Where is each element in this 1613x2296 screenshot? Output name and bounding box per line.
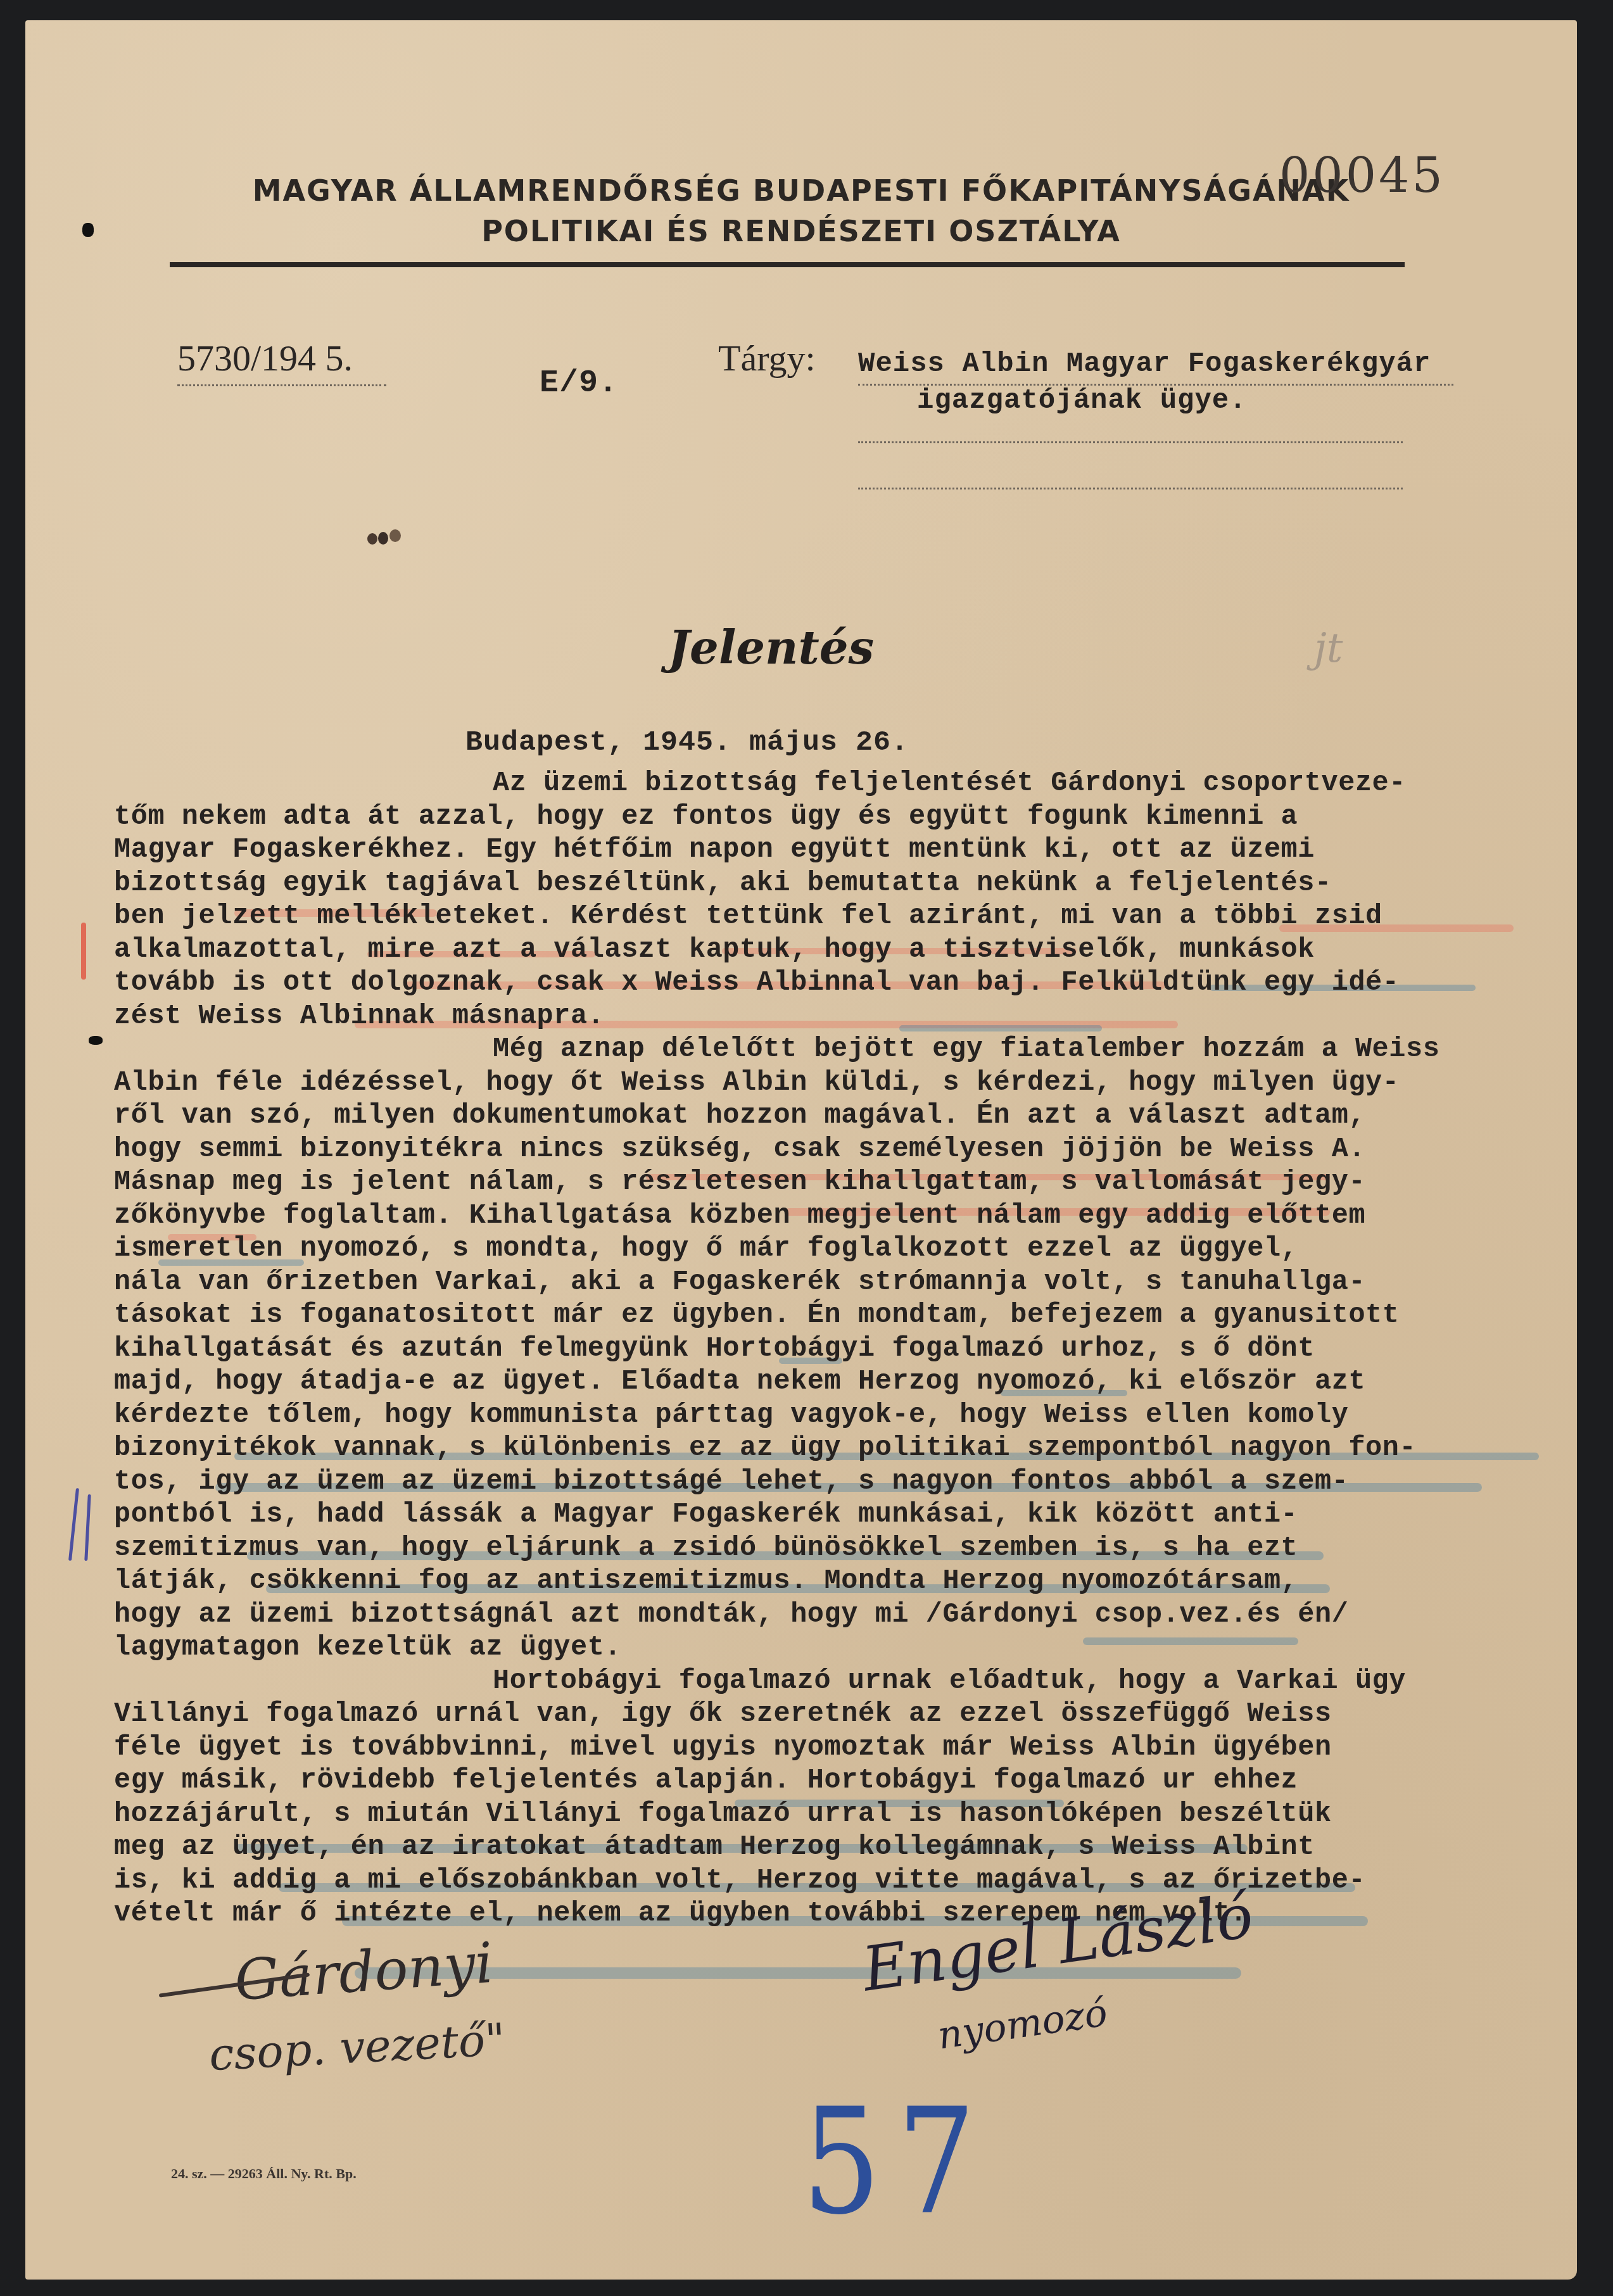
body-line: Magyar Fogaskerékhez. Egy hétfőim napon … — [114, 834, 1583, 867]
body-line: tásokat is foganatositott már ez ügyben.… — [114, 1299, 1583, 1333]
subject-dotted-line-3 — [858, 488, 1403, 489]
handwritten-number: 57 — [802, 2078, 992, 2247]
body-line: ben jelzett mellékleteket. Kérdést tettü… — [114, 900, 1583, 934]
body-line: Még aznap délelőtt bejött egy fiatalembe… — [114, 1033, 1583, 1067]
body-line: alkalmazottal, mire azt a választ kaptuk… — [114, 934, 1583, 968]
body-line: hogy az üzemi bizottságnál azt mondták, … — [114, 1599, 1583, 1632]
body-line: Az üzemi bizottság feljelentését Gárdony… — [114, 767, 1583, 801]
subject-dotted-line-2 — [858, 441, 1403, 443]
letterhead-rule — [170, 262, 1405, 267]
body-line: Másnap meg is jelent nálam, s részletese… — [114, 1166, 1583, 1200]
body-line: Hortobágyi fogalmazó urnak előadtuk, hog… — [114, 1665, 1583, 1699]
body-line: tovább is ott dolgoznak, csak x Weiss Al… — [114, 967, 1583, 1000]
body-line: látják, csökkenni fog az antiszemitizmus… — [114, 1565, 1583, 1599]
subject-line-2: igazgatójának ügye. — [917, 385, 1247, 417]
body-line: zést Weiss Albinnak másnapra. — [114, 1000, 1583, 1034]
body-line: szemitizmus van, hogy eljárunk a zsidó b… — [114, 1532, 1583, 1566]
body-line: vételt már ő intézte el, nekem az ügyben… — [114, 1898, 1583, 1931]
body-line: hozzájárult, s miután Villányi fogalmazó… — [114, 1798, 1583, 1832]
signature-right-title: nyomozó — [935, 1991, 1110, 2059]
report-body: Az üzemi bizottság feljelentését Gárdony… — [114, 767, 1583, 1931]
red-margin-mark — [81, 923, 86, 980]
body-line: hogy semmi bizonyitékra nincs szükség, c… — [114, 1133, 1583, 1167]
body-line: bizottság egyik tagjával beszéltünk, aki… — [114, 867, 1583, 901]
blue-margin-mark — [84, 1494, 91, 1561]
punch-hole — [82, 223, 94, 237]
document-page: MAGYAR ÁLLAMRENDŐRSÉG BUDAPESTI FŐKAPITÁ… — [25, 20, 1577, 2280]
body-line: majd, hogy átadja-e az ügyet. Előadta ne… — [114, 1366, 1583, 1399]
place-date: Budapest, 1945. május 26. — [465, 726, 909, 759]
signature-left-title: csop. vezető" — [208, 2014, 507, 2081]
ink-blot — [364, 527, 402, 549]
blue-margin-mark — [68, 1488, 79, 1561]
body-line: is, ki addig a mi előszobánkban volt, He… — [114, 1865, 1583, 1898]
body-line: Villányi fogalmazó urnál van, igy ők sze… — [114, 1698, 1583, 1732]
signature-left-name: Gárdonyi — [232, 1930, 495, 2013]
stamp-number: 00045 — [1279, 147, 1445, 203]
printer-mark: 24. sz. — 29263 Áll. Ny. Rt. Bp. — [171, 2166, 357, 2182]
body-line: zőkönyvbe foglaltam. Kihallgatása közben… — [114, 1200, 1583, 1233]
body-line: tos, igy az üzem az üzemi bizottságé leh… — [114, 1466, 1583, 1499]
body-line: nála van őrizetben Varkai, aki a Fogaske… — [114, 1266, 1583, 1300]
body-line: meg az ügyet, én az iratokat átadtam Her… — [114, 1831, 1583, 1865]
document-title: Jelentés — [668, 621, 874, 674]
body-line: Albin féle idézéssel, hogy őt Weiss Albi… — [114, 1067, 1583, 1101]
punch-hole — [89, 1036, 103, 1045]
body-line: kérdezte tőlem, hogy kommunista párttag … — [114, 1399, 1583, 1433]
subject-label: Tárgy: — [718, 337, 816, 379]
body-line: bizonyitékok vannak, s különbenis ez az … — [114, 1432, 1583, 1466]
pencil-note: jt — [1314, 625, 1343, 672]
letterhead-line-1: MAGYAR ÁLLAMRENDŐRSÉG BUDAPESTI FŐKAPITÁ… — [215, 171, 1387, 210]
body-line: féle ügyet is továbbvinni, mivel ugyis n… — [114, 1732, 1583, 1765]
reference-code: E/9. — [540, 365, 618, 401]
body-line: egy másik, rövidebb feljelentés alapján.… — [114, 1765, 1583, 1798]
body-line: ismeretlen nyomozó, s mondta, hogy ő már… — [114, 1233, 1583, 1266]
body-line: kihallgatását és azután felmegyünk Horto… — [114, 1333, 1583, 1366]
subject-line-1: Weiss Albin Magyar Fogaskerékgyár — [858, 348, 1453, 386]
body-line: pontból is, hadd lássák a Magyar Fogaske… — [114, 1499, 1583, 1532]
letterhead-line-2: POLITIKAI ÉS RENDÉSZETI OSZTÁLYA — [215, 211, 1387, 251]
body-line: tőm nekem adta át azzal, hogy ez fontos … — [114, 801, 1583, 835]
body-line: lagymatagon kezeltük az ügyet. — [114, 1632, 1583, 1665]
file-number: 5730/194 5. — [177, 337, 386, 386]
body-line: ről van szó, milyen dokumentumokat hozzo… — [114, 1100, 1583, 1133]
